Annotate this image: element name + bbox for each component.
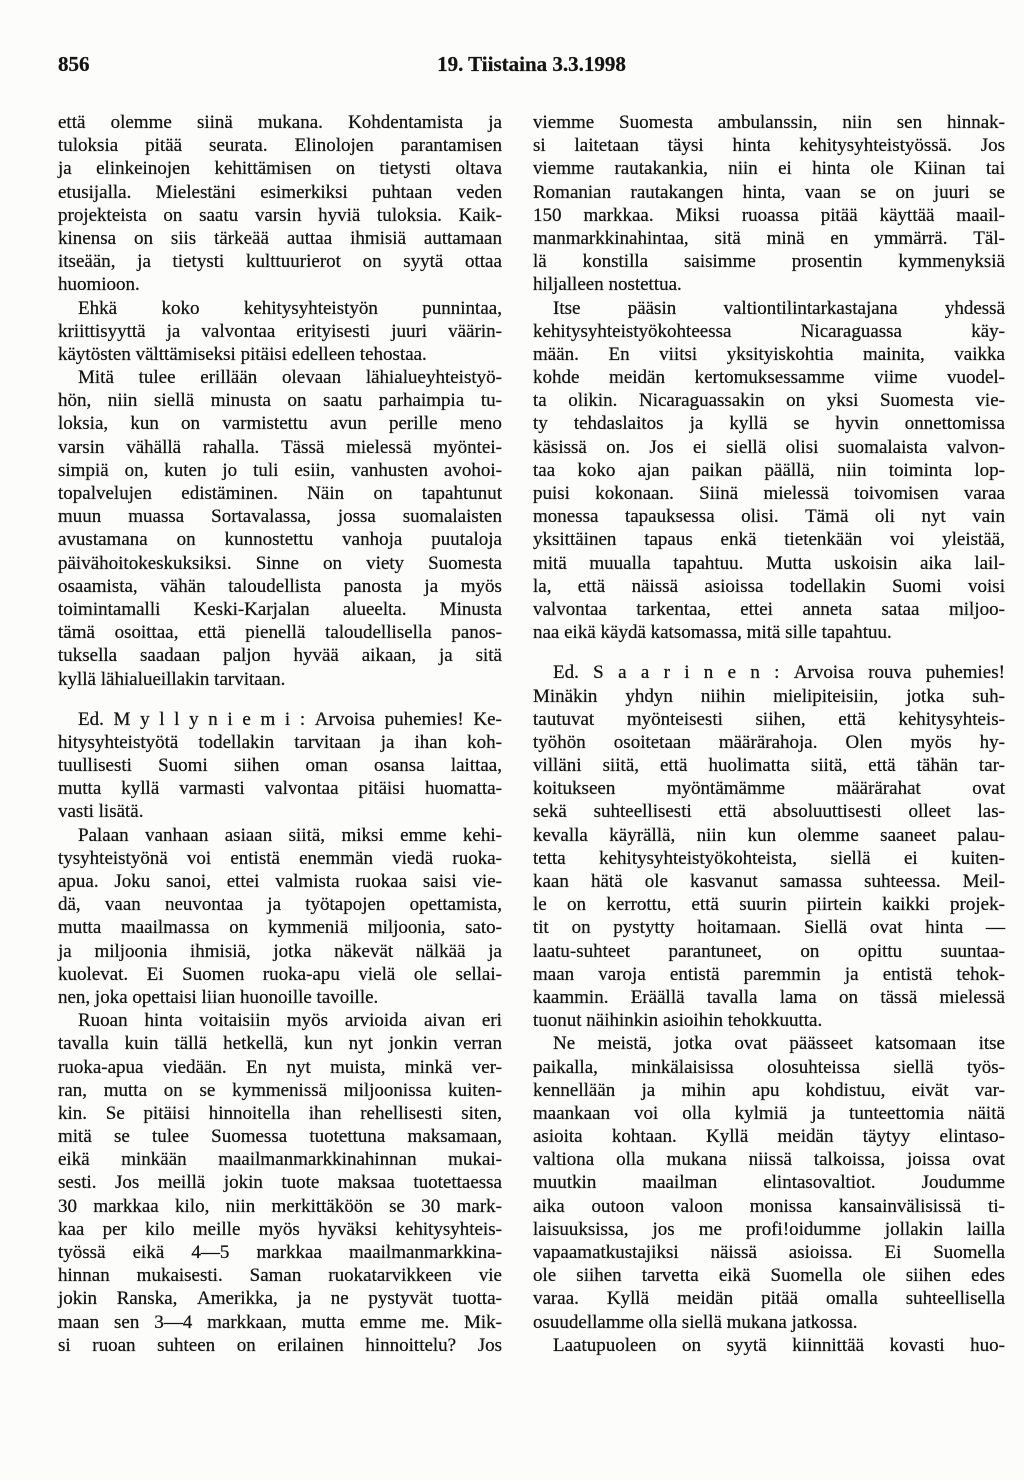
text-line: mitämuuallatapahtuu.Muttauskoisinaikalai… — [533, 552, 1005, 575]
text-line: puisikokonaan.Siinämielessätoivomisenvar… — [533, 482, 1005, 505]
document-page: 856 19. Tiistaina 3.3.1998 ettäolemmesii… — [0, 0, 1024, 1480]
text-line: Mitätuleeerilläänolevaanlähialueyhteisty… — [58, 366, 502, 389]
text-columns: ettäolemmesiinämukana.Kohdentamistajatul… — [58, 111, 1005, 1357]
text-line: sekäsuhteellisestiettäabsoluuttisestioll… — [533, 800, 1005, 823]
text-line: kohdemeidänkertomuksessammeviimevuodel- — [533, 366, 1005, 389]
text-line: aikaoutoonvaloonmonissakansainvälisissät… — [533, 1195, 1005, 1218]
text-line: projekteistaonsaatuvarsinhyviätuloksia.K… — [58, 204, 502, 227]
text-line: viemmerautakankia,niineihintaoleKiinanta… — [533, 157, 1005, 180]
text-line: 150markkaa.Miksiruoassapitääkäyttäämaail… — [533, 204, 1005, 227]
text-line: Laatupuoleenonsyytäkiinnittääkovastihuo- — [533, 1334, 1005, 1357]
text-line: tuksellasaadaanpaljonhyvääaikaan,jasitä — [58, 644, 502, 667]
text-line: naa eikä käydä katsomassa, mitä sille ta… — [533, 621, 1005, 644]
column-left: ettäolemmesiinämukana.Kohdentamistajatul… — [58, 111, 502, 1357]
text-line: Nemeistä,jotkaovatpäässeetkatsomaanitse — [533, 1032, 1005, 1055]
text-line: apua.Jokusanoi,etteivalmistaruokaasaisiv… — [58, 870, 502, 893]
text-line: tämäosoittaa,ettäpienellätaloudellisella… — [58, 621, 502, 644]
text-line: Ehkäkokokehitysyhteistyönpunnintaa, — [58, 297, 502, 320]
text-line: läkonstillasaisimmeprosentinkymmenyksiä — [533, 250, 1005, 273]
text-line: kaammin.Eräällätavallalamaontässämieless… — [533, 986, 1005, 1009]
text-line: eikäminkäänmaailmanmarkkinahinnanmukai- — [58, 1148, 502, 1171]
text-line: kaanhätäolekasvanutsamassasuhteessa.Meil… — [533, 870, 1005, 893]
text-line: hitysyhteistyötätodellakintarvitaanjaiha… — [58, 731, 502, 754]
text-line: kuolevat.EiSuomenruoka-apuvieläolesellai… — [58, 963, 502, 986]
text-line: leonkerrottu,ettäsuurinpiirteinkaikkipro… — [533, 893, 1005, 916]
text-line: tuloksiapitääseurata.Elinolojenparantami… — [58, 134, 502, 157]
text-line: kriittisyyttäjavalvontaaerityisestijuuri… — [58, 320, 502, 343]
text-line: manmarkkinahintaa,sitäminäenymmärrä.Täl- — [533, 227, 1005, 250]
text-line: jaelinkeinojenkehittämisenontietystiolta… — [58, 157, 502, 180]
text-line: kehitysyhteistyökohteessaNicaraguassakäy… — [533, 320, 1005, 343]
text-line: Ed.Saarinen:Arvoisarouvapuhemies! — [533, 661, 1005, 684]
text-line: sesti.Josmeilläjokintuotemaksaatuotettae… — [58, 1171, 502, 1194]
text-line: jamiljooniaihmisiä,jotkanäkevätnälkääja — [58, 940, 502, 963]
text-line: tuullisestiSuomisiihenomanosansalaittaa, — [58, 754, 502, 777]
paragraph: Nemeistä,jotkaovatpäässeetkatsomaanitsep… — [533, 1032, 1005, 1333]
text-line: kevallakäyrällä,niinkunolemmesaaneetpala… — [533, 824, 1005, 847]
text-line: kyllä lähialueillakin tarvitaan. — [58, 668, 502, 691]
text-line: tautuvatmyönteisestisiihen,ettäkehitysyh… — [533, 708, 1005, 731]
text-line: yksittäinentapausenkätietenkäänvoiyleist… — [533, 528, 1005, 551]
text-line: kinensaonsiistärkeääauttaaihmisiäauttama… — [58, 227, 502, 250]
text-line: tysyhteistyönävoientistäenemmänviedäruok… — [58, 847, 502, 870]
text-line: dä,vaanneuvontaajatyötapojenopettamista, — [58, 893, 502, 916]
text-line: osaamista,vähäntaloudellistapanostajamyö… — [58, 575, 502, 598]
text-line: maansen3—4markkaan,muttaemmeme.Mik- — [58, 1311, 502, 1334]
text-line: kin.Sepitäisihinnoitellaihanrehellisesti… — [58, 1102, 502, 1125]
text-line: ruoka-apuaviedään.Ennytmuista,minkäver- — [58, 1056, 502, 1079]
paragraph: Laatupuoleenonsyytäkiinnittääkovastihuo- — [533, 1334, 1005, 1357]
paragraph: ettäolemmesiinämukana.Kohdentamistajatul… — [58, 111, 502, 297]
paragraph: Ed.Saarinen:Arvoisarouvapuhemies!Minäkin… — [533, 661, 1005, 1032]
text-line: kaaperkilomeillemyöshyväksikehitysyhteis… — [58, 1218, 502, 1241]
text-line: taolikin.NicaraguassakinonyksiSuomestavi… — [533, 389, 1005, 412]
page-number: 856 — [58, 52, 90, 77]
text-line: ettäolemmesiinämukana.Kohdentamistaja — [58, 111, 502, 134]
column-right: viemmeSuomestaambulanssin,niinsenhinnak-… — [533, 111, 1005, 1357]
text-line: 30markkaakilo,niinmerkittäköönse30mark- — [58, 1195, 502, 1218]
text-line: titonpystyttyhoitamaan.Sielläovathinta— — [533, 916, 1005, 939]
text-line: huomioon. — [58, 273, 502, 296]
paragraph: Ed.Myllyniemi:Arvoisapuhemies!Ke-hitysyh… — [58, 708, 502, 824]
text-line: hinnanmukaisesti.Samanruokatarvikkeenvie — [58, 1264, 502, 1287]
text-line: käsissäon.Joseisielläolisisuomalaistaval… — [533, 436, 1005, 459]
text-line: simpiäon,kutenjotuliesiin,vanhustenavoho… — [58, 459, 502, 482]
session-title: 19. Tiistaina 3.3.1998 — [58, 52, 1005, 77]
text-line: muttamaailmassaonkymmeniämiljoonia,sato- — [58, 916, 502, 939]
text-line: vapaamatkustajiksinäissäasioissa.EiSuome… — [533, 1241, 1005, 1264]
text-line: hiljalleen nostettua. — [533, 273, 1005, 296]
text-line: nen, joka opettaisi liian huonoille tavo… — [58, 986, 502, 1009]
text-line: varaa.Kyllämeidänpitääomallasuhteellisel… — [533, 1287, 1005, 1310]
text-line: valtionaollamukananiissätalkoissa,joissa… — [533, 1148, 1005, 1171]
paragraph: viemmeSuomestaambulanssin,niinsenhinnak-… — [533, 111, 1005, 297]
text-line: käytösten välttämiseksi pitäisi edelleen… — [58, 343, 502, 366]
text-line: maanvarojaentistäparemminjaentistätehok- — [533, 963, 1005, 986]
text-line: tuonut näihinkin asioihin tehokkuutta. — [533, 1009, 1005, 1032]
text-line: Ed.Myllyniemi:Arvoisapuhemies!Ke- — [58, 708, 502, 731]
text-line: toimintamalliKeski-Karjalanalueelta.Minu… — [58, 598, 502, 621]
paragraph: Ruoanhintavoitaisiinmyösarvioidaaivaneri… — [58, 1009, 502, 1357]
text-line: koitukseenmyöntämämmemäärärahatovat — [533, 777, 1005, 800]
text-line: taakokoajanpaikanpäällä,niintoimintalop- — [533, 459, 1005, 482]
text-line: Itsepääsinvaltiontilintarkastajanayhdess… — [533, 297, 1005, 320]
text-line: itseään,jatietystikulttuurierotonsyytäot… — [58, 250, 502, 273]
text-line: työssäeikä4—5markkaamaailmanmarkkina- — [58, 1241, 502, 1264]
text-line: mään.Enviitsiyksityiskohtiamainita,vaikk… — [533, 343, 1005, 366]
text-line: siruoansuhteenonerilainenhinnoittelu?Jos — [58, 1334, 502, 1357]
text-line: loksia,kunonvarmistettuavunperillemeno — [58, 412, 502, 435]
text-line: olesiihentarvettaeikäSuomellaolesiihened… — [533, 1264, 1005, 1287]
text-line: muttakyllävarmastivalvontaapitäisihuomat… — [58, 777, 502, 800]
text-line: hön,niinsielläminustaonsaatuparhaimpiatu… — [58, 389, 502, 412]
text-line: muunmuassaSortavalassa,jossasuomalaisten — [58, 505, 502, 528]
text-line: Ruoanhintavoitaisiinmyösarvioidaaivaneri — [58, 1009, 502, 1032]
text-line: muutkinmaailmanelintasovaltiot.Joudumme — [533, 1171, 1005, 1194]
paragraph: Ehkäkokokehitysyhteistyönpunnintaa,kriit… — [58, 297, 502, 367]
text-line: Palaanvanhaanasiaansiitä,miksiemmekehi- — [58, 824, 502, 847]
text-line: avustamanaonkunnostettuvanhojapuutaloja — [58, 528, 502, 551]
text-line: laisuuksissa,josmeprofi!oidummejollakinl… — [533, 1218, 1005, 1241]
paragraph: Itsepääsinvaltiontilintarkastajanayhdess… — [533, 297, 1005, 645]
text-line: tytehdaslaitosjakylläsehyvinonnettomissa — [533, 412, 1005, 435]
text-line: viemmeSuomestaambulanssin,niinsenhinnak- — [533, 111, 1005, 134]
text-line: paikalla,minkälaisissaolosuhteissasiellä… — [533, 1056, 1005, 1079]
text-line: la,ettänäissäasioissatodellakinSuomivois… — [533, 575, 1005, 598]
text-line: tavallakuintällähetkellä,kunnytjonkinver… — [58, 1032, 502, 1055]
text-line: Romanianrautakangenhinta,vaanseonjuurise — [533, 181, 1005, 204]
text-line: varsinvähällärahalla.Tässämielessämyönte… — [58, 436, 502, 459]
text-line: mitäsetuleeSuomessatuotettunamaksamaan, — [58, 1125, 502, 1148]
text-line: työhönosoitetaanmäärärahoja.Olenmyöshy- — [533, 731, 1005, 754]
text-line: asioitakohtaan.Kyllämeidäntäytyyelintaso… — [533, 1125, 1005, 1148]
paragraph: Palaanvanhaanasiaansiitä,miksiemmekehi-t… — [58, 824, 502, 1010]
text-line: ran,muttaonsekymmenissämiljoonissakuiten… — [58, 1079, 502, 1102]
text-line: topalvelujenedistäminen.Näinontapahtunut — [58, 482, 502, 505]
text-line: silaitetaantäysihintakehitysyhteistyössä… — [533, 134, 1005, 157]
text-line: monessatapauksessaolisi.Tämäolinytvain — [533, 505, 1005, 528]
text-line: osuudellamme olla siellä mukana jatkossa… — [533, 1311, 1005, 1334]
text-line: laatu-suhteetparantuneet,onopittusuuntaa… — [533, 940, 1005, 963]
text-line: vasti lisätä. — [58, 800, 502, 823]
paragraph: Mitätuleeerilläänolevaanlähialueyhteisty… — [58, 366, 502, 691]
page-header: 856 19. Tiistaina 3.3.1998 — [58, 52, 1005, 78]
text-line: villänisiitä,ettähuolimattasiitä,ettätäh… — [533, 754, 1005, 777]
text-line: kennelläänjamihinapukohdistuu,eivätvar- — [533, 1079, 1005, 1102]
text-line: valvontaatarkentaa,etteiannetasataamiljo… — [533, 598, 1005, 621]
text-line: jokinRanska,Amerikka,janepystyvättuotta- — [58, 1287, 502, 1310]
text-line: tettakehitysyhteistyökohteista,sielläeik… — [533, 847, 1005, 870]
text-line: päivähoitokeskuksiksi.SinneonvietySuomes… — [58, 552, 502, 575]
text-line: maankaanvoiollakylmiäjatunteettomianäitä — [533, 1102, 1005, 1125]
text-line: etusijalla.Mielestäniesimerkiksipuhtaanv… — [58, 181, 502, 204]
text-line: Minäkinyhdynniihinmielipiteisiin,jotkasu… — [533, 685, 1005, 708]
